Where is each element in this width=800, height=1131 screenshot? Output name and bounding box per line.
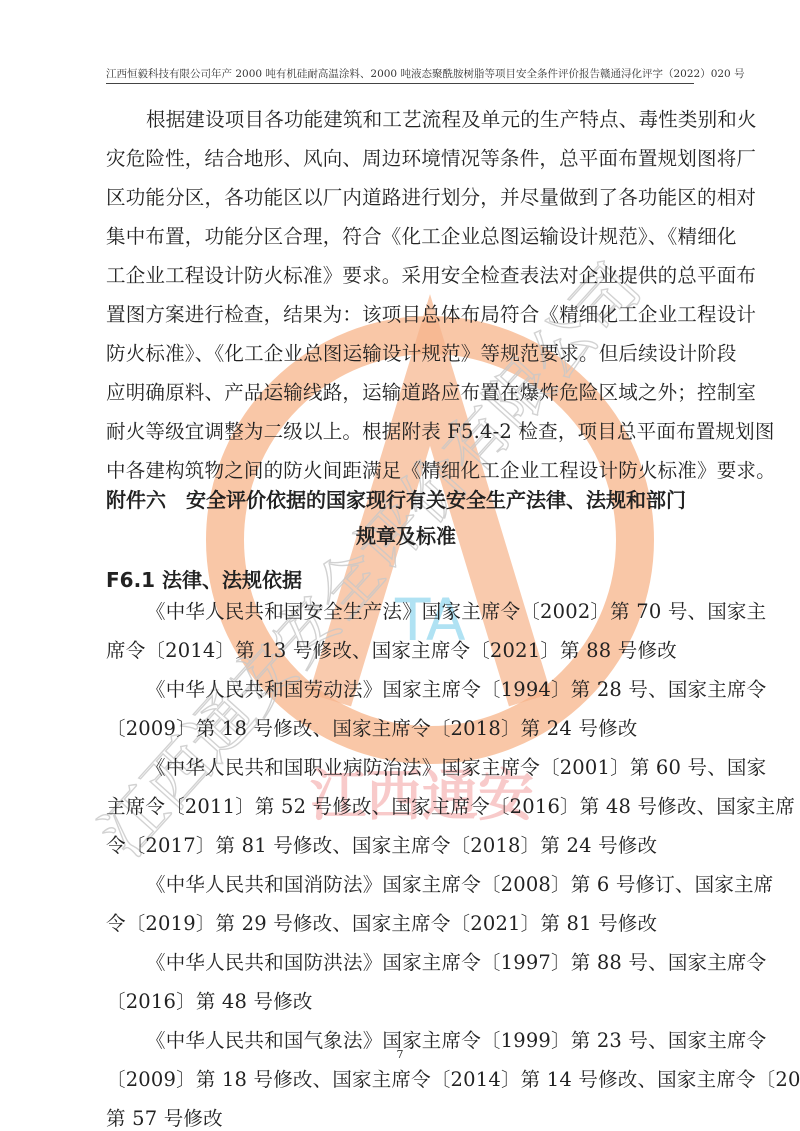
paragraph-line: 集中布置，功能分区合理，符合《化工企业总图运输设计规范》、《精细化 [106,217,706,256]
law-item-line: 《中华人民共和国防洪法》国家主席令〔1997〕第 88 号、国家主席令 [106,943,706,982]
paragraph-line: 根据建设项目各功能建筑和工艺流程及单元的生产特点、毒性类别和火 [106,100,706,139]
law-item-line: 《中华人民共和国安全生产法》国家主席令〔2002〕第 70 号、国家主 [106,592,706,631]
paragraph-line: 防火标准》、《化工企业总图运输设计规范》等规范要求。但后续设计阶段 [106,334,706,373]
paragraph-line: 区功能分区，各功能区以厂内道路进行划分，并尽量做到了各功能区的相对 [106,178,706,217]
law-item-line: 《中华人民共和国职业病防治法》国家主席令〔2001〕第 60 号、国家 [106,748,706,787]
intro-paragraph: 根据建设项目各功能建筑和工艺流程及单元的生产特点、毒性类别和火 灾危险性，结合地… [106,100,706,490]
appendix-title-line2: 规章及标准 [106,520,706,549]
law-item-line: 〔2009〕第 18 号修改、国家主席令〔2014〕第 14 号修改、国家主席令… [106,1060,706,1099]
law-item-line: 《中华人民共和国消防法》国家主席令〔2008〕第 6 号修订、国家主席 [106,865,706,904]
law-item-line: 〔2009〕第 18 号修改、国家主席令〔2018〕第 24 号修改 [106,709,706,748]
report-number: 赣通浔化评字（2022）020 号 [600,66,745,81]
page-header: 江西恒毅科技有限公司年产 2000 吨有机硅耐高温涂料、2000 吨液态聚酰胺树… [106,66,694,84]
law-item-line: 〔2016〕第 48 号修改 [106,982,706,1021]
paragraph-line: 耐火等级宜调整为二级以上。根据附表 F5.4-2 检查，项目总平面布置规划图 [106,412,706,451]
paragraph-line: 工企业工程设计防火标准》要求。采用安全检查表法对企业提供的总平面布 [106,256,706,295]
paragraph-line: 置图方案进行检查，结果为：该项目总体布局符合《精细化工企业工程设计 [106,295,706,334]
law-item-line: 主席令〔2011〕第 52 号修改、国家主席令〔2016〕第 48 号修改、国家… [106,787,706,826]
report-title: 江西恒毅科技有限公司年产 2000 吨有机硅耐高温涂料、2000 吨液态聚酰胺树… [106,66,600,81]
appendix-title-line1: 附件六 安全评价依据的国家现行有关安全生产法律、法规和部门 [106,484,706,513]
law-item-line: 《中华人民共和国劳动法》国家主席令〔1994〕第 28 号、国家主席令 [106,670,706,709]
law-item-line: 第 57 号修改 [106,1099,706,1131]
law-item-line: 令〔2017〕第 81 号修改、国家主席令〔2018〕第 24 号修改 [106,826,706,865]
paragraph-line: 应明确原料、产品运输线路，运输道路应布置在爆炸危险区域之外；控制室 [106,373,706,412]
page-number: 7 [0,1048,800,1061]
paragraph-line: 灾危险性，结合地形、风向、周边环境情况等条件，总平面布置规划图将厂 [106,139,706,178]
law-item-line: 令〔2019〕第 29 号修改、国家主席令〔2021〕第 81 号修改 [106,904,706,943]
section-title: F6.1 法律、法规依据 [106,564,706,593]
law-item-line: 席令〔2014〕第 13 号修改、国家主席令〔2021〕第 88 号修改 [106,631,706,670]
